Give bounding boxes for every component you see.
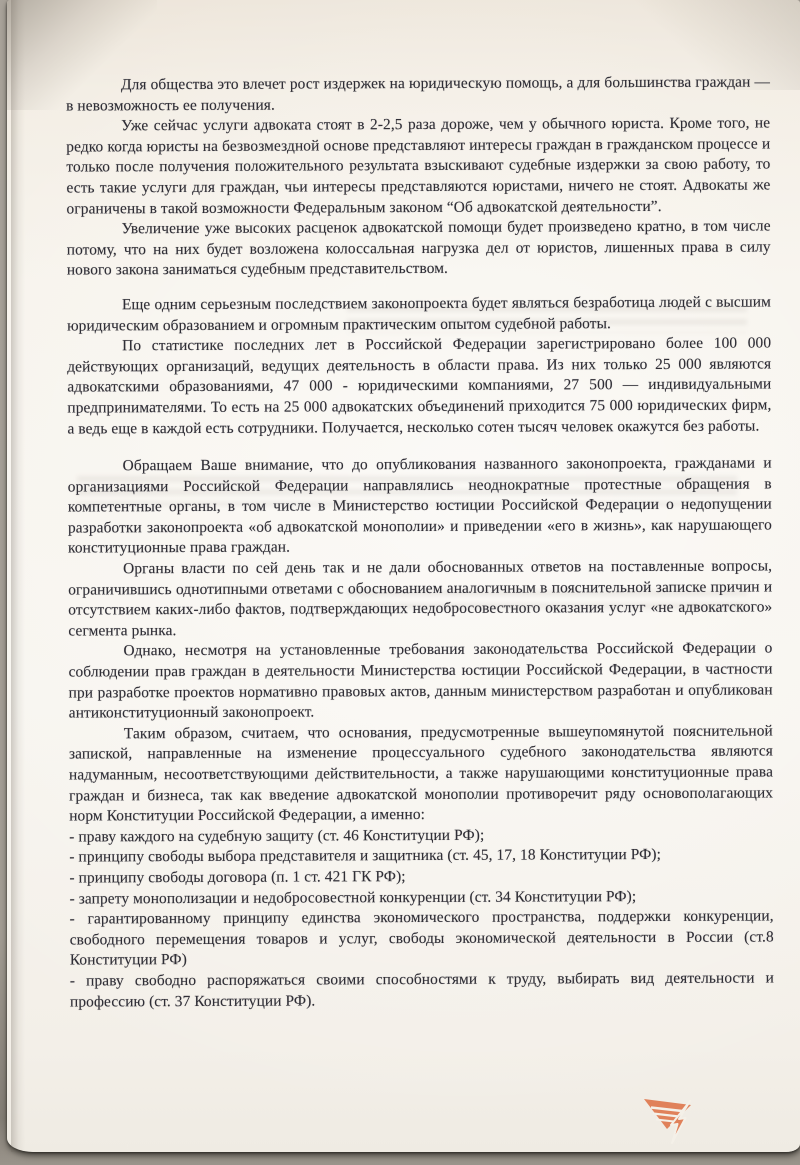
- list-item-labor-freedom: - праву свободно распоряжаться своими сп…: [70, 968, 774, 1012]
- paragraph-increase: Увеличение уже высоких расценок адвокатс…: [67, 217, 771, 282]
- document-page: Для общества это влечет рост издержек на…: [7, 0, 800, 1152]
- lightning-document-logo: [640, 1094, 700, 1146]
- paragraph-appeals: Обращаем Ваше внимание, что до опубликов…: [68, 454, 772, 560]
- paragraph-statistics: По статистике последних лет в Российской…: [67, 334, 771, 440]
- list-item-economic-space: - гарантированному принципу единства эко…: [70, 907, 774, 972]
- paragraph-authorities: Органы власти по сей день так и не дали …: [68, 557, 772, 642]
- document-text: Для общества это влечет рост издержек на…: [66, 72, 774, 1012]
- paragraph-costs: Для общества это влечет рост издержек на…: [66, 72, 770, 116]
- photo-background: Для общества это влечет рост издержек на…: [0, 0, 800, 1165]
- paragraph-unemployment: Еще одним серьезным последствием законоп…: [67, 292, 771, 336]
- paragraph-ministry: Однако, несмотря на установленные требов…: [68, 639, 772, 724]
- paragraph-prices: Уже сейчас услуги адвоката стоят в 2-2,5…: [66, 114, 770, 220]
- paragraph-conclusion: Таким образом, считаем, что основания, п…: [69, 721, 773, 827]
- paper-edge-crease: [11, 0, 25, 1152]
